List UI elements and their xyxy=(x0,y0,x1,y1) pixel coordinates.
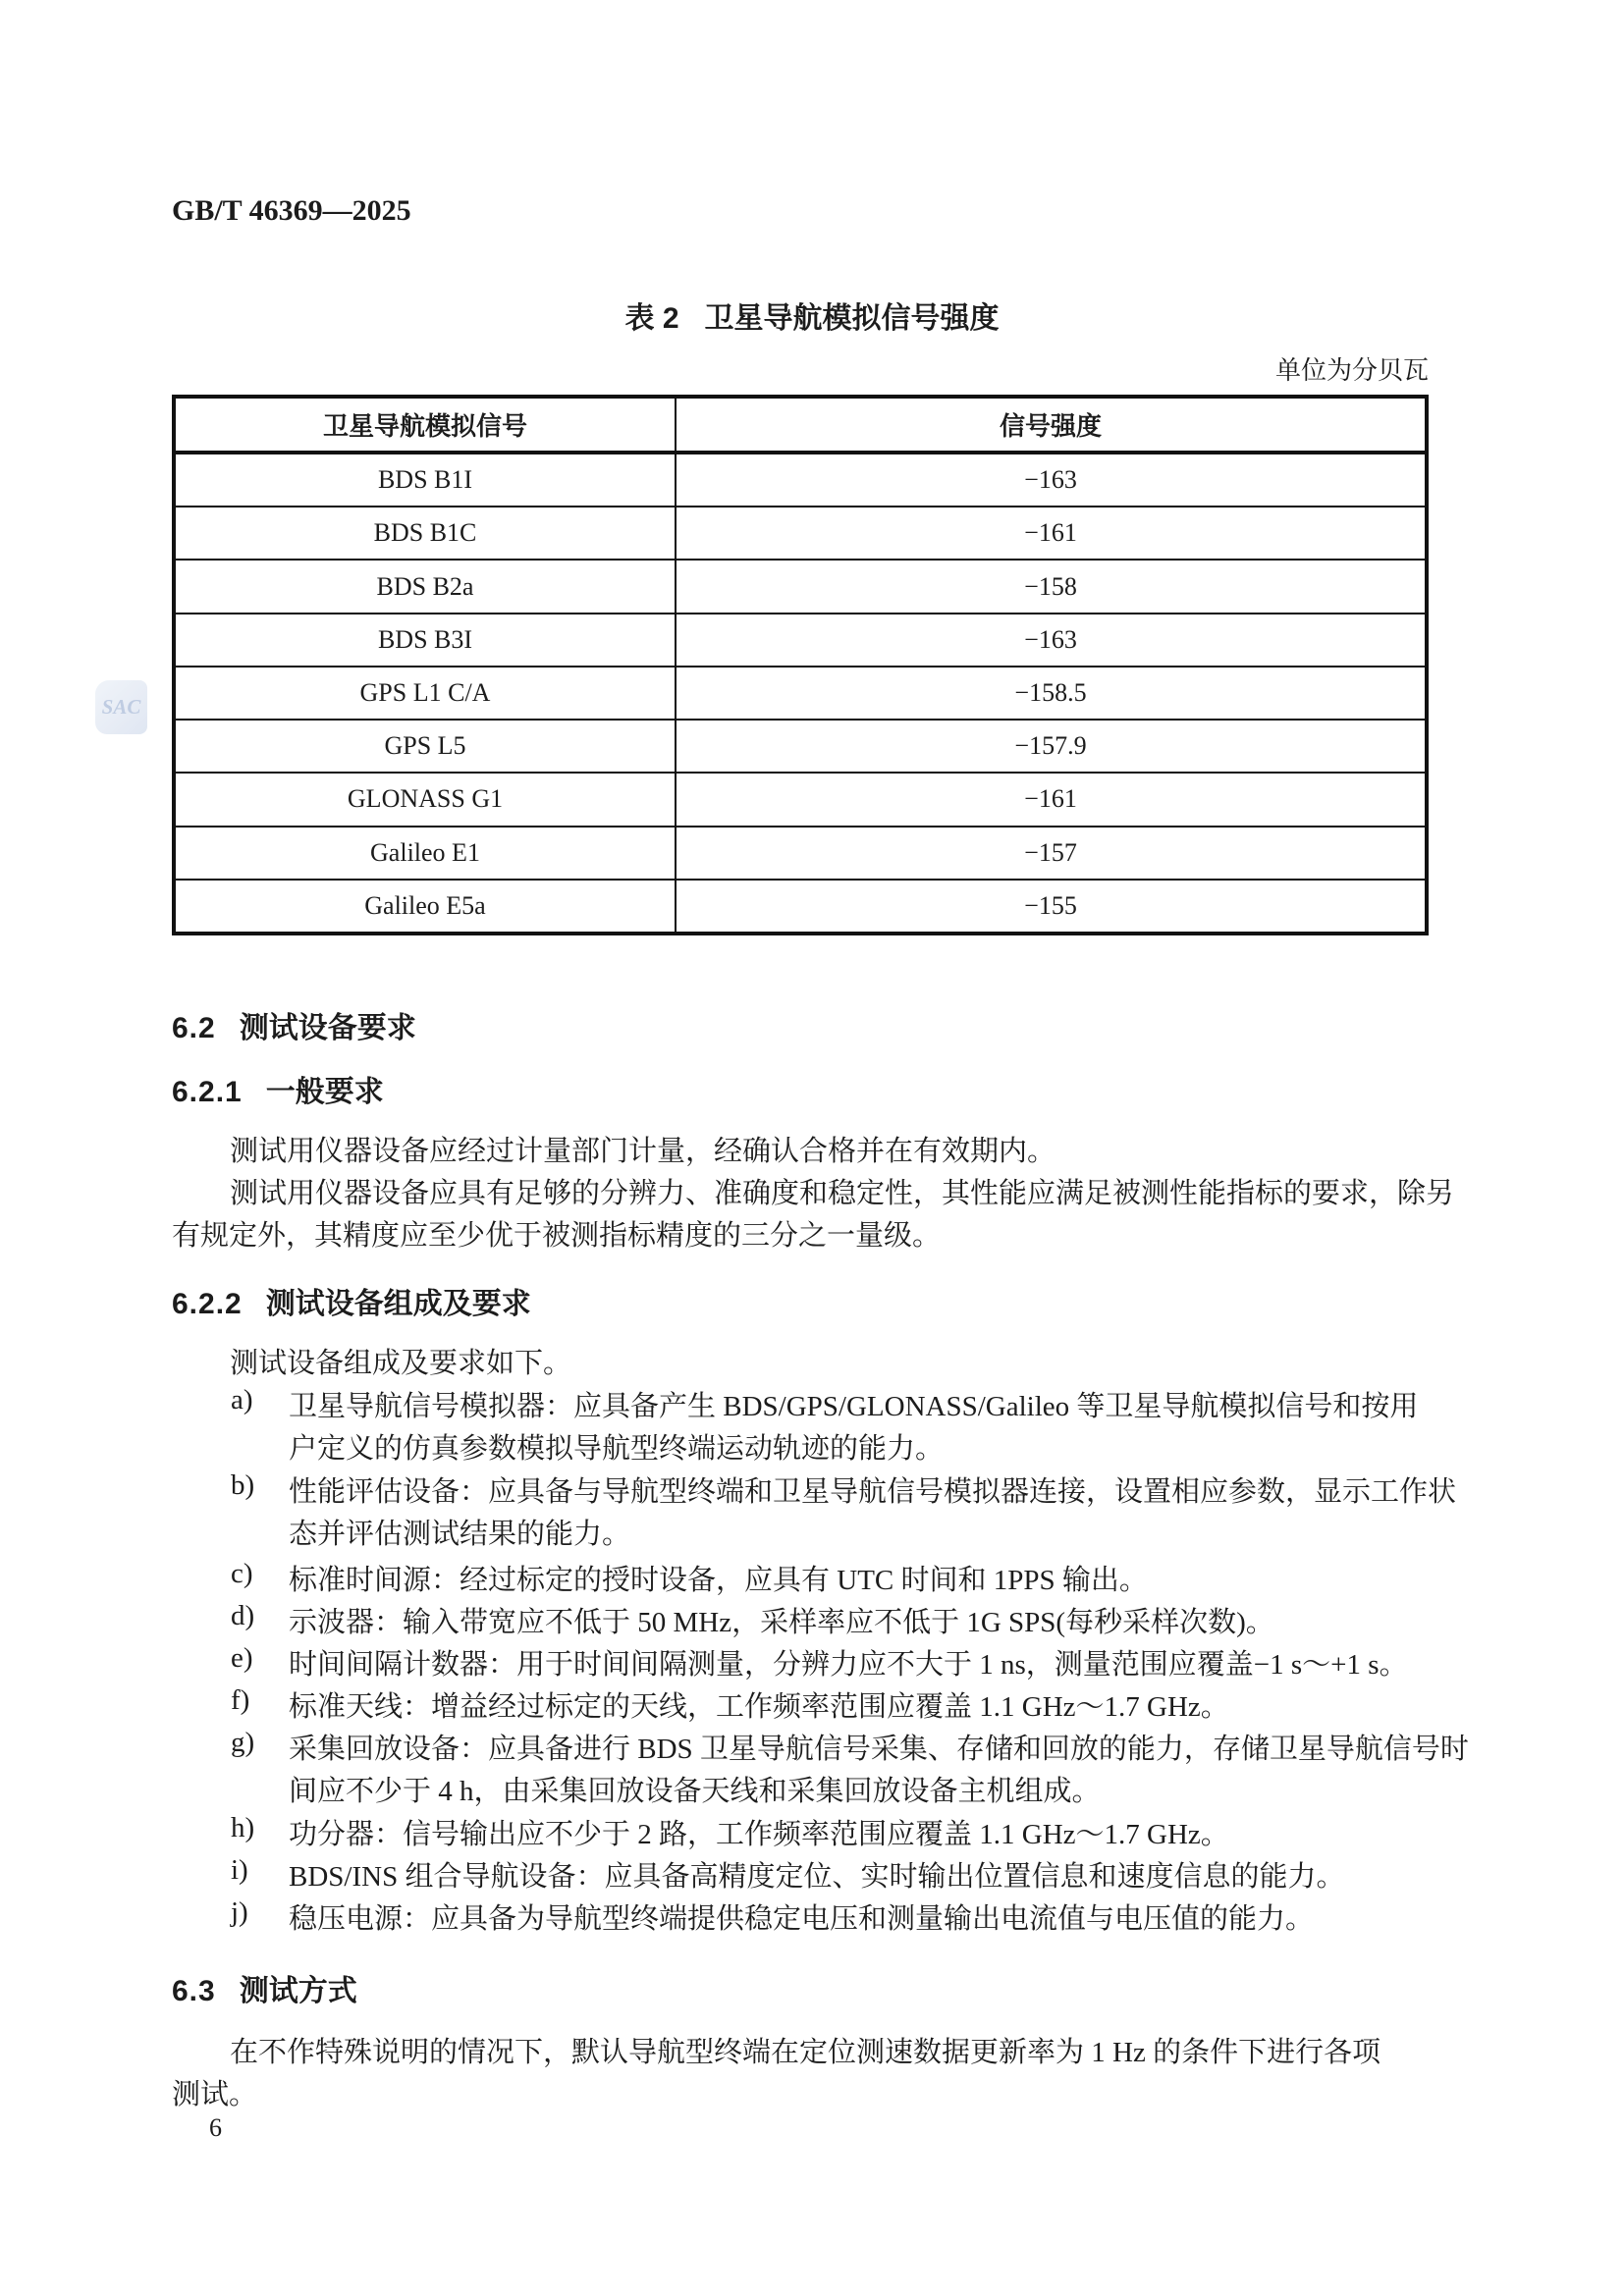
cell-strength: −163 xyxy=(677,454,1425,506)
table-caption-title: 卫星导航模拟信号强度 xyxy=(705,302,1000,335)
heading-6-2: 6.2测试设备要求 xyxy=(172,1003,416,1046)
cell-strength: −163 xyxy=(677,614,1425,666)
table-row: GPS L5 −157.9 xyxy=(176,719,1425,772)
table-row: GPS L1 C/A −158.5 xyxy=(176,666,1425,719)
heading-number: 6.2.2 xyxy=(172,1288,243,1320)
heading-6-2-1: 6.2.1一般要求 xyxy=(172,1067,384,1110)
list-item-label: h) xyxy=(231,1812,254,1844)
list-item-line: 卫星导航信号模拟器：应具备产生 BDS/GPS/GLONASS/Galileo … xyxy=(289,1384,1418,1424)
table-caption: 表 2卫星导航模拟信号强度 xyxy=(0,294,1624,337)
table-row: BDS B1I −163 xyxy=(176,454,1425,506)
cell-strength: −155 xyxy=(677,881,1425,932)
heading-title: 测试设备组成及要求 xyxy=(266,1288,531,1320)
cell-signal: BDS B3I xyxy=(176,614,677,666)
table-caption-label: 表 2 xyxy=(624,302,678,335)
cell-signal: Galileo E5a xyxy=(176,881,677,932)
list-item-label: j) xyxy=(231,1896,248,1929)
sac-watermark-badge: SAC xyxy=(95,680,147,734)
cell-signal: Galileo E1 xyxy=(176,828,677,879)
table-row: BDS B2a −158 xyxy=(176,559,1425,612)
cell-signal: GPS L5 xyxy=(176,721,677,772)
cell-strength: −161 xyxy=(677,507,1425,559)
sac-logo-icon: SAC xyxy=(102,695,141,720)
list-item-label: c) xyxy=(231,1558,253,1590)
list-item-line: 示波器：输入带宽应不低于 50 MHz，采样率应不低于 1G SPS(每秒采样次… xyxy=(289,1600,1274,1640)
column-header-signal: 卫星导航模拟信号 xyxy=(176,399,677,451)
page-number: 6 xyxy=(209,2113,222,2143)
cell-signal: BDS B1C xyxy=(176,507,677,559)
list-item-line: 时间间隔计数器：用于时间间隔测量，分辨力应不大于 1 ns，测量范围应覆盖−1 … xyxy=(289,1642,1408,1682)
heading-title: 测试方式 xyxy=(240,1975,357,2007)
list-item-label: e) xyxy=(231,1642,253,1675)
table-header-row: 卫星导航模拟信号 信号强度 xyxy=(176,399,1425,454)
column-header-strength: 信号强度 xyxy=(677,399,1425,451)
paragraph-line: 有规定外，其精度应至少优于被测指标精度的三分之一量级。 xyxy=(172,1213,941,1254)
cell-strength: −161 xyxy=(677,774,1425,825)
paragraph-line: 测试用仪器设备应具有足够的分辨力、准确度和稳定性，其性能应满足被测性能指标的要求… xyxy=(230,1171,1454,1211)
list-item-line: 间应不少于 4 h，由采集回放设备天线和采集回放设备主机组成。 xyxy=(289,1769,1101,1809)
paragraph-line: 在不作特殊说明的情况下，默认导航型终端在定位测速数据更新率为 1 Hz 的条件下… xyxy=(230,2030,1380,2070)
list-item-line: 标准天线：增益经过标定的天线，工作频率范围应覆盖 1.1 GHz～1.7 GHz… xyxy=(289,1684,1229,1725)
heading-title: 测试设备要求 xyxy=(240,1012,416,1044)
list-item-line: 采集回放设备：应具备进行 BDS 卫星导航信号采集、存储和回放的能力，存储卫星导… xyxy=(289,1727,1469,1767)
cell-strength: −158.5 xyxy=(677,667,1425,719)
heading-6-3: 6.3测试方式 xyxy=(172,1966,357,2009)
heading-number: 6.2.1 xyxy=(172,1076,243,1108)
cell-signal: BDS B2a xyxy=(176,561,677,612)
paragraph-line: 测试设备组成及要求如下。 xyxy=(230,1341,571,1381)
document-page: GB/T 46369—2025 SAC 表 2卫星导航模拟信号强度 单位为分贝瓦… xyxy=(0,0,1624,2296)
table-row: GLONASS G1 −161 xyxy=(176,772,1425,825)
list-item-line: 户定义的仿真参数模拟导航型终端运动轨迹的能力。 xyxy=(289,1426,944,1467)
list-item-line: 标准时间源：经过标定的授时设备，应具有 UTC 时间和 1PPS 输出。 xyxy=(289,1558,1148,1598)
list-item-line: 性能评估设备：应具备与导航型终端和卫星导航信号模拟器连接，设置相应参数，显示工作… xyxy=(289,1469,1456,1510)
cell-signal: GLONASS G1 xyxy=(176,774,677,825)
list-item-label: g) xyxy=(231,1727,254,1759)
cell-signal: GPS L1 C/A xyxy=(176,667,677,719)
heading-title: 一般要求 xyxy=(266,1076,384,1108)
standard-number-header: GB/T 46369—2025 xyxy=(172,194,411,228)
heading-number: 6.2 xyxy=(172,1012,216,1044)
table-row: Galileo E1 −157 xyxy=(176,826,1425,879)
list-item-label: i) xyxy=(231,1854,248,1887)
signal-strength-table: 卫星导航模拟信号 信号强度 BDS B1I −163 BDS B1C −161 … xyxy=(172,395,1429,935)
cell-strength: −157 xyxy=(677,828,1425,879)
list-item-label: f) xyxy=(231,1684,249,1717)
table-row: Galileo E5a −155 xyxy=(176,879,1425,932)
paragraph-line: 测试。 xyxy=(172,2072,257,2112)
cell-strength: −157.9 xyxy=(677,721,1425,772)
cell-signal: BDS B1I xyxy=(176,454,677,506)
paragraph-line: 测试用仪器设备应经过计量部门计量，经确认合格并在有效期内。 xyxy=(230,1129,1056,1169)
list-item-label: d) xyxy=(231,1600,254,1632)
heading-6-2-2: 6.2.2测试设备组成及要求 xyxy=(172,1279,531,1322)
list-item-line: BDS/INS 组合导航设备：应具备高精度定位、实时输出位置信息和速度信息的能力… xyxy=(289,1854,1344,1895)
heading-number: 6.3 xyxy=(172,1975,216,2007)
cell-strength: −158 xyxy=(677,561,1425,612)
list-item-line: 功分器：信号输出应不少于 2 路，工作频率范围应覆盖 1.1 GHz～1.7 G… xyxy=(289,1812,1229,1852)
list-item-label: b) xyxy=(231,1469,254,1502)
table-unit-note: 单位为分贝瓦 xyxy=(1275,350,1429,387)
table-row: BDS B3I −163 xyxy=(176,613,1425,666)
list-item-line: 稳压电源：应具备为导航型终端提供稳定电压和测量输出电流值与电压值的能力。 xyxy=(289,1896,1314,1937)
list-item-label: a) xyxy=(231,1384,253,1416)
table-row: BDS B1C −161 xyxy=(176,506,1425,559)
list-item-line: 态并评估测试结果的能力。 xyxy=(289,1512,630,1552)
